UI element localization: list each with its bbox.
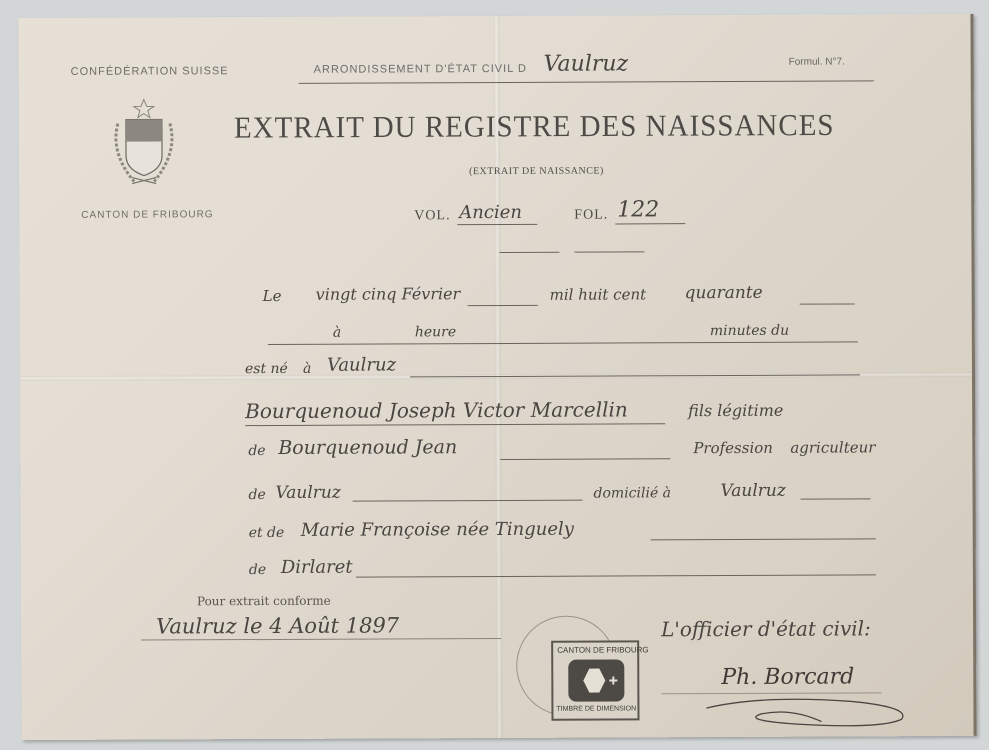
vol-label: VOL.	[414, 208, 450, 224]
stamp-bottom-text: TIMBRE DE DIMENSION	[556, 705, 636, 712]
domicile-blank	[801, 498, 871, 499]
birth-place: Vaulruz	[327, 354, 396, 375]
fol-label: FOL.	[574, 208, 608, 224]
fol-underline	[615, 223, 685, 224]
canton-label: CANTON DE FRIBOURG	[81, 209, 213, 221]
document-title: EXTRAIT DU REGISTRE DES NAISSANCES	[234, 109, 835, 146]
line1-prefix: Le	[263, 287, 282, 305]
arrondissement-value: Vaulruz	[544, 51, 629, 76]
line2-prefix: à	[333, 325, 341, 341]
birth-day: vingt cinq Février	[316, 284, 461, 304]
separator-left	[499, 252, 559, 253]
minutes-label: minutes du	[710, 323, 789, 339]
officer-signature: Ph. Borcard	[721, 664, 854, 690]
child-relation: fils légitime	[688, 401, 783, 420]
mother-origin-prefix: de	[249, 562, 266, 578]
stamp-emblem-icon	[567, 658, 625, 702]
hour-label: heure	[415, 324, 456, 340]
domicile-label: domicilié à	[593, 485, 671, 501]
line1-blank	[468, 305, 538, 306]
fol-value: 122	[617, 197, 659, 222]
profession-label: Profession	[693, 439, 773, 457]
born-at-label: à	[303, 361, 311, 377]
birth-certificate-document: CONFÉDÉRATION SUISSE ARRONDISSEMENT D'ÉT…	[18, 14, 976, 740]
mother-origin-blank	[356, 574, 876, 577]
arrondissement-label: ARRONDISSEMENT D'ÉTAT CIVIL D	[314, 63, 527, 76]
place-date-rule	[141, 638, 501, 641]
child-name: Bourquenoud Joseph Victor Marcellin	[245, 397, 628, 423]
certification-label: Pour extrait conforme	[197, 594, 331, 609]
origin-prefix: de	[248, 487, 265, 503]
child-name-underline	[245, 423, 665, 426]
stamp-top-text: CANTON DE FRIBOURG	[557, 645, 648, 654]
fribourg-coat-of-arms-icon	[104, 97, 184, 192]
father-blank	[500, 458, 670, 460]
formul-number: Formul. N°7.	[789, 56, 845, 67]
place-date: Vaulruz le 4 Août 1897	[156, 613, 399, 638]
born-label: est né	[245, 361, 288, 377]
mother-origin: Dirlaret	[281, 557, 353, 578]
mother-blank	[651, 538, 876, 540]
line1-end-blank	[800, 303, 855, 304]
document-subtitle: (EXTRAIT DE NAISSANCE)	[469, 166, 604, 178]
mother-name: Marie Françoise née Tinguely	[301, 519, 574, 541]
origin-blank	[353, 500, 583, 502]
header-rule	[299, 80, 874, 84]
father-prefix: de	[248, 443, 265, 459]
line1-mid: mil huit cent	[550, 285, 647, 303]
father-origin: Vaulruz	[275, 483, 340, 503]
vol-value: Ancien	[459, 202, 522, 223]
confederation-label: CONFÉDÉRATION SUISSE	[71, 65, 229, 78]
father-profession: agriculteur	[790, 438, 875, 456]
line2-rule	[268, 341, 858, 345]
birth-year: quarante	[685, 283, 763, 303]
mother-prefix: et de	[249, 525, 285, 541]
domicile-value: Vaulruz	[720, 481, 785, 501]
officer-label: L'officier d'état civil:	[661, 616, 871, 641]
signature-flourish-icon	[701, 689, 921, 735]
vol-underline	[457, 224, 537, 225]
fiscal-stamp: CANTON DE FRIBOURG TIMBRE DE DIMENSION	[551, 640, 639, 720]
separator-right	[574, 251, 644, 252]
father-name: Bourquenoud Jean	[278, 436, 457, 459]
